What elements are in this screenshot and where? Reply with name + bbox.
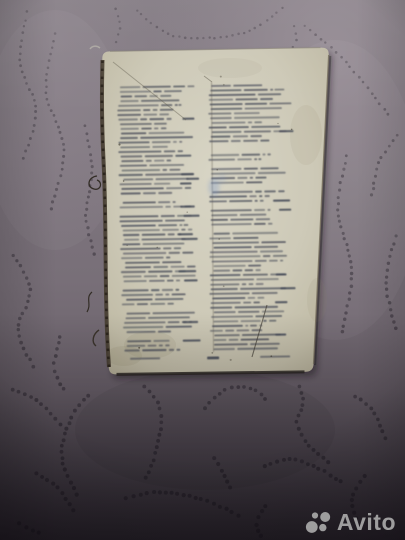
book-page — [87, 46, 332, 379]
photo: Avito — [0, 0, 405, 540]
photo-scene — [0, 0, 405, 540]
blue-pencil-smudge — [209, 178, 220, 196]
